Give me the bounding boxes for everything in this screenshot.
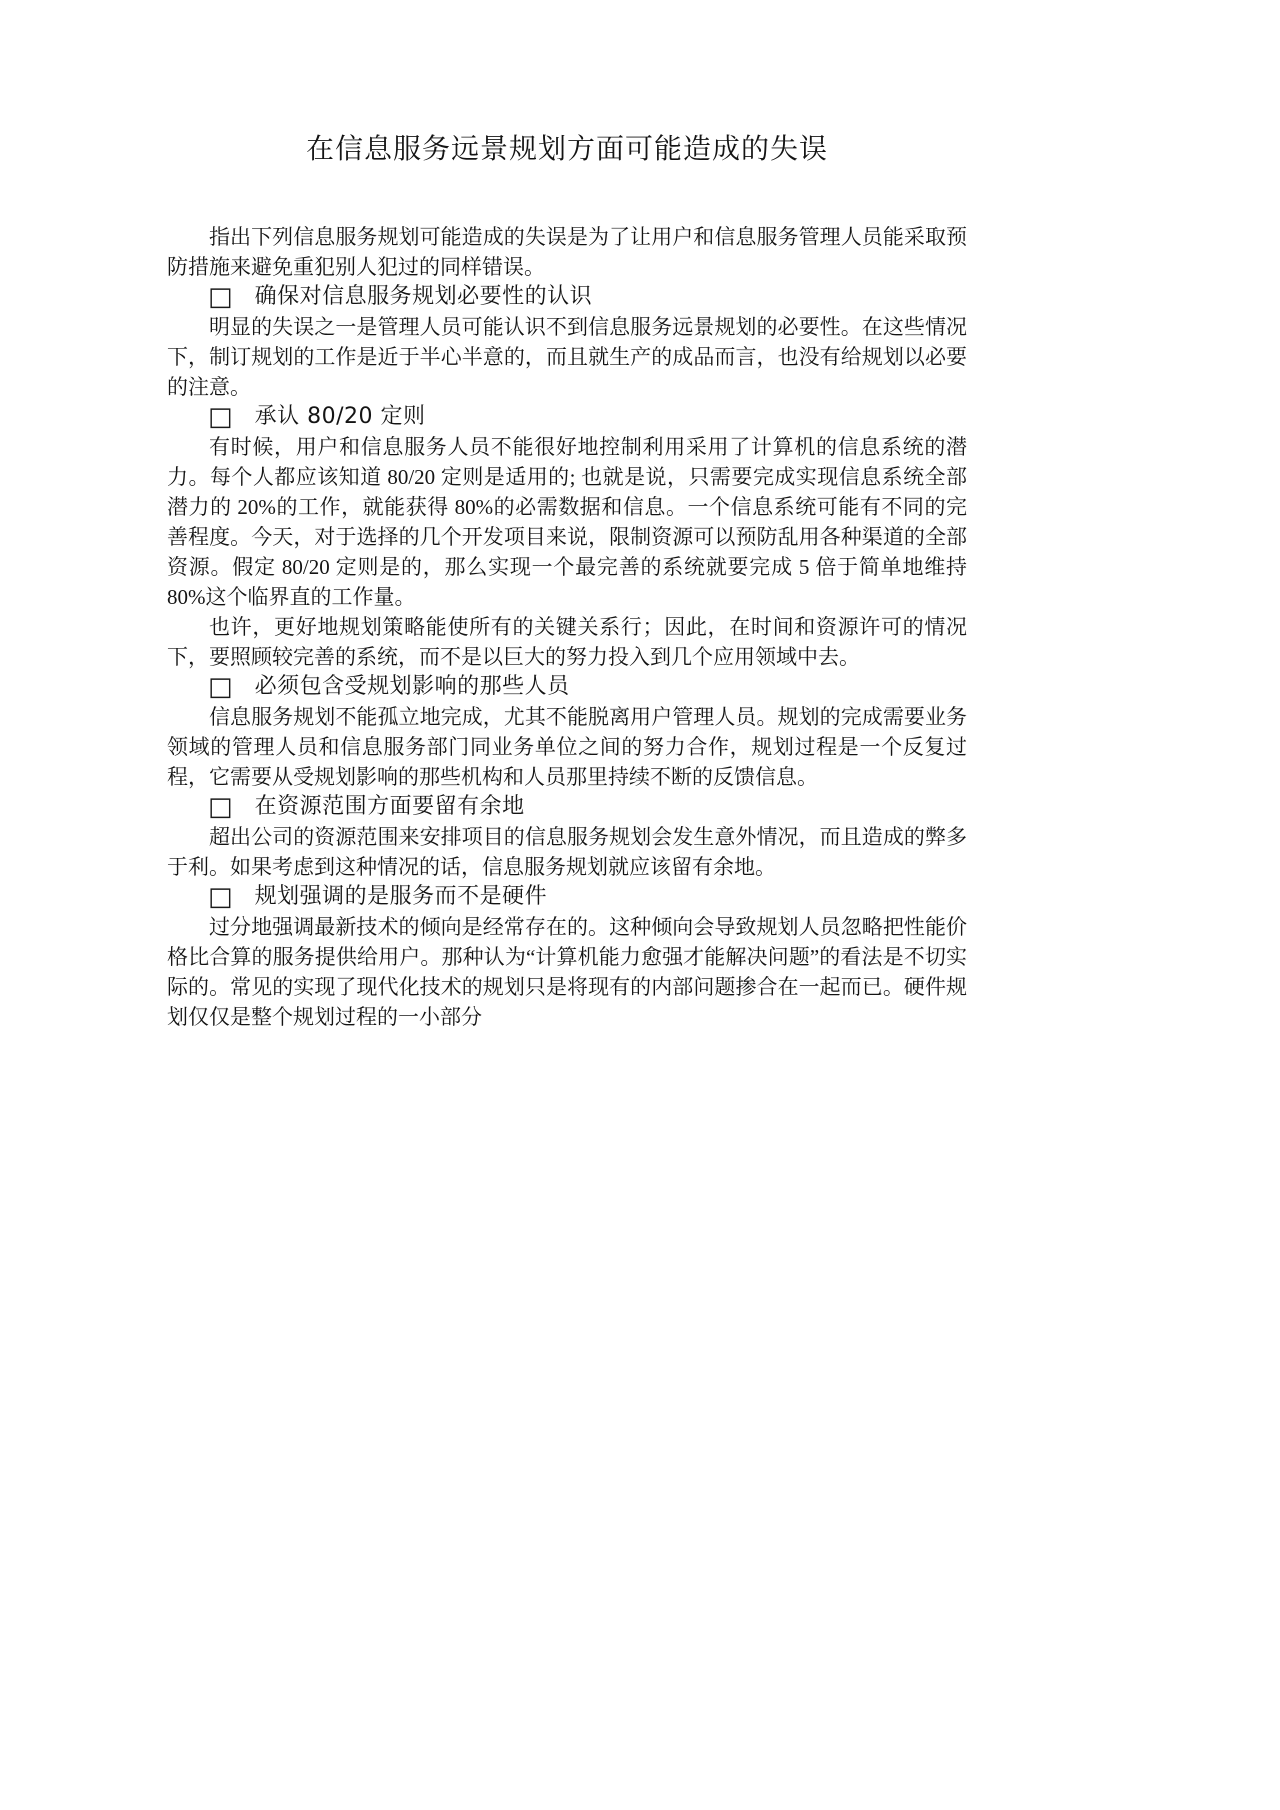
checkbox-icon: □ (208, 882, 233, 912)
document-title: 在信息服务远景规划方面可能造成的失误 (167, 130, 967, 170)
section-heading-label: 确保对信息服务规划必要性的认识 (255, 282, 593, 312)
section-heading-4: □ 在资源范围方面要留有余地 (167, 792, 967, 822)
paragraph-section-5: 过分地强调最新技术的倾向是经常存在的。这种倾向会导致规划人员忽略把性能价格比合算… (167, 912, 967, 1032)
paragraph-section-1: 明显的失误之一是管理人员可能认识不到信息服务远景规划的必要性。在这些情况下，制订… (167, 312, 967, 402)
section-heading-3: □ 必须包含受规划影响的那些人员 (167, 672, 967, 702)
paragraph-section-2a: 有时候，用户和信息服务人员不能很好地控制利用采用了计算机的信息系统的潜力。每个人… (167, 432, 967, 612)
checkbox-icon: □ (208, 792, 233, 822)
section-heading-2: □ 承认 80/20 定则 (167, 402, 967, 432)
section-heading-label: 在资源范围方面要留有余地 (255, 792, 525, 822)
section-heading-label: 承认 80/20 定则 (255, 402, 426, 432)
paragraph-intro: 指出下列信息服务规划可能造成的失误是为了让用户和信息服务管理人员能采取预防措施来… (167, 222, 967, 282)
section-heading-label: 必须包含受规划影响的那些人员 (255, 672, 570, 702)
paragraph-section-4: 超出公司的资源范围来安排项目的信息服务规划会发生意外情况，而且造成的弊多于利。如… (167, 822, 967, 882)
section-heading-label: 规划强调的是服务而不是硬件 (255, 882, 548, 912)
section-heading-1: □ 确保对信息服务规划必要性的认识 (167, 282, 967, 312)
checkbox-icon: □ (208, 402, 233, 432)
paragraph-section-2b: 也许，更好地规划策略能使所有的关键关系行；因此，在时间和资源许可的情况下，要照顾… (167, 612, 967, 672)
checkbox-icon: □ (208, 282, 233, 312)
paragraph-section-3: 信息服务规划不能孤立地完成，尤其不能脱离用户管理人员。规划的完成需要业务领域的管… (167, 702, 967, 792)
section-heading-5: □ 规划强调的是服务而不是硬件 (167, 882, 967, 912)
document-page: 在信息服务远景规划方面可能造成的失误 指出下列信息服务规划可能造成的失误是为了让… (0, 0, 1280, 1810)
checkbox-icon: □ (208, 672, 233, 702)
document-content: 在信息服务远景规划方面可能造成的失误 指出下列信息服务规划可能造成的失误是为了让… (167, 130, 967, 1032)
